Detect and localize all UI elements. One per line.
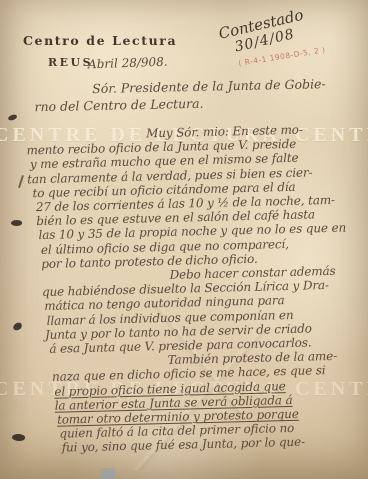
ink-blot xyxy=(8,114,18,121)
letterhead-city: REUS xyxy=(48,56,93,69)
handwritten-date: Abril 28/908. xyxy=(88,55,168,72)
letterhead-organization: Centro de Lectura xyxy=(23,33,177,48)
salutation-block: Sór. Presidente de la Junta de Gobie- rn… xyxy=(0,74,368,116)
letter-body: Muy Sór. mio: En este mo- mento recibo o… xyxy=(0,121,368,457)
blue-smudge-mark xyxy=(100,468,115,479)
scanned-letter-page: CENTRE DE LECTURACENTRE D CENTRE DE LECT… xyxy=(0,0,368,479)
